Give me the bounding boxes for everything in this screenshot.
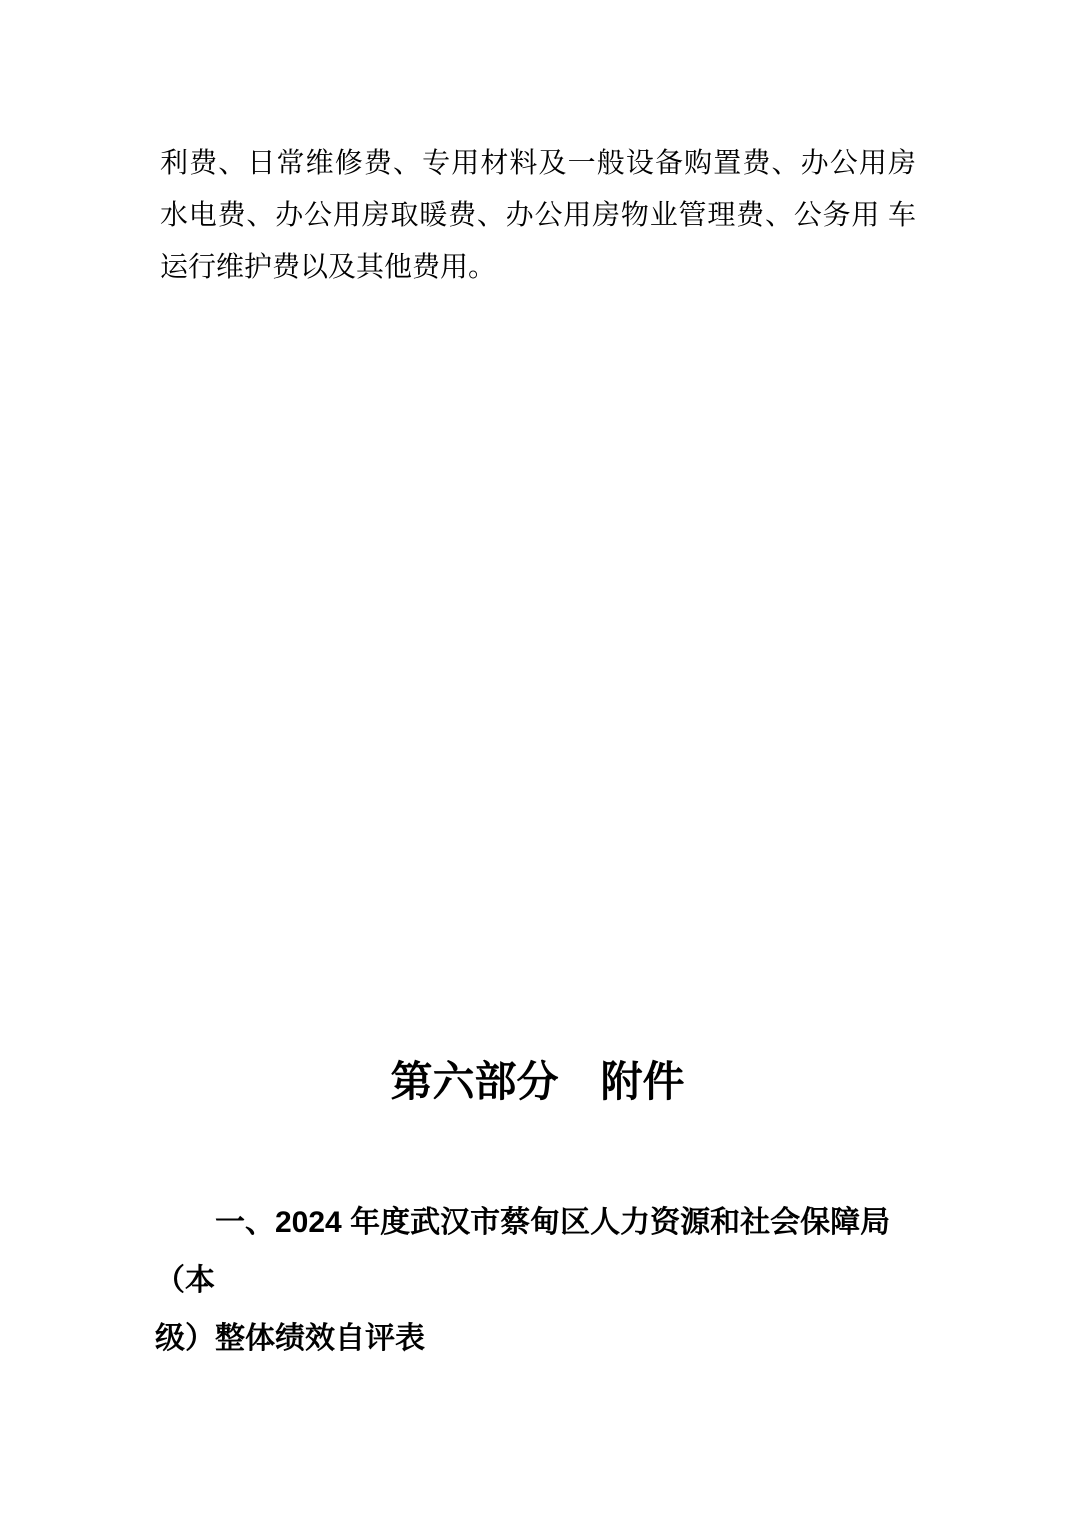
body-paragraph: 利费、日常维修费、专用材料及一般设备购置费、办公用房 水电费、办公用房取暖费、办… (160, 138, 916, 294)
attachment-paragraph: 一、2024 年度武汉市蔡甸区人力资源和社会保障局（本 级）整体绩效自评表 (155, 1194, 917, 1368)
body-paragraph-line-1: 利费、日常维修费、专用材料及一般设备购置费、办公用房 (160, 138, 916, 190)
document-page: 利费、日常维修费、专用材料及一般设备购置费、办公用房 水电费、办公用房取暖费、办… (0, 0, 1075, 1521)
body-paragraph-line-2: 水电费、办公用房取暖费、办公用房物业管理费、公务用 车 (160, 190, 916, 242)
section-heading: 第六部分 附件 (0, 1058, 1075, 1108)
attachment-paragraph-line-2: 级）整体绩效自评表 (155, 1310, 917, 1368)
attachment-paragraph-line-1: 一、2024 年度武汉市蔡甸区人力资源和社会保障局（本 (155, 1194, 917, 1310)
body-paragraph-line-3: 运行维护费以及其他费用。 (160, 242, 916, 294)
